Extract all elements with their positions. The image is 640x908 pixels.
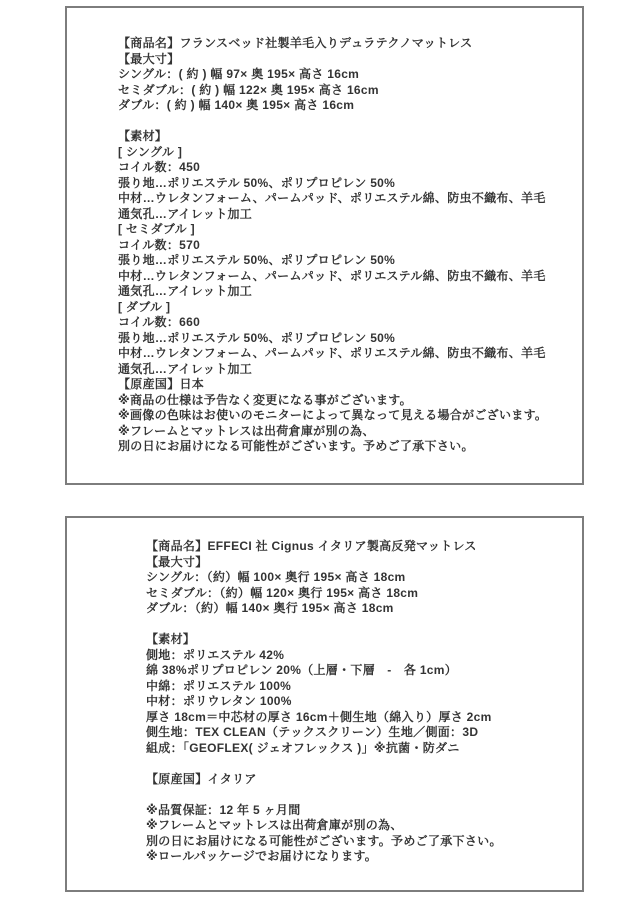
- spec-line: 通気孔…アイレット加工: [118, 362, 572, 378]
- spec-line: 中綿：ポリエステル 100%: [146, 679, 572, 695]
- spec-line: 中材…ウレタンフォーム、パームパッド、ポリエステル綿、防虫不織布、羊毛: [118, 269, 572, 285]
- spec-line: 【最大寸】: [146, 555, 572, 571]
- spec-line: コイル数：450: [118, 160, 572, 176]
- spec-line: ダブル：（約）幅 140× 奥行 195× 高さ 18cm: [146, 601, 572, 617]
- spec-line: 【商品名】フランスベッド社製羊毛入りデュラテクノマットレス: [118, 36, 572, 52]
- spec-line: 【原産国】日本: [118, 377, 572, 393]
- spec-line: シングル：( 約 ) 幅 97× 奥 195× 高さ 16cm: [118, 67, 572, 83]
- spec-line: 通気孔…アイレット加工: [118, 207, 572, 223]
- spec-line: [118, 114, 572, 130]
- spec-line: 別の日にお届けになる可能性がございます。予めご了承下さい。: [118, 439, 572, 455]
- spec-line: [146, 787, 572, 803]
- spec-line: 中材…ウレタンフォーム、パームパッド、ポリエステル綿、防虫不織布、羊毛: [118, 191, 572, 207]
- spec-line: 中材…ウレタンフォーム、パームパッド、ポリエステル綿、防虫不織布、羊毛: [118, 346, 572, 362]
- spec-line: ※フレームとマットレスは出荷倉庫が別の為、: [146, 818, 572, 834]
- spec-line: 厚さ 18cm＝中芯材の厚さ 16cm＋側生地（綿入り）厚さ 2cm: [146, 710, 572, 726]
- spec-line: [ シングル ]: [118, 145, 572, 161]
- spec-line: 【素材】: [118, 129, 572, 145]
- spec-line: [146, 756, 572, 772]
- spec-line: ※フレームとマットレスは出荷倉庫が別の為、: [118, 424, 572, 440]
- spec-text-block: 【商品名】EFFECI 社 Cignus イタリア製高反発マットレス【最大寸】シ…: [67, 518, 582, 865]
- spec-line: 通気孔…アイレット加工: [118, 284, 572, 300]
- spec-line: 綿 38%ポリプロピレン 20%（上層・下層 - 各 1cm）: [146, 663, 572, 679]
- spec-line: [146, 617, 572, 633]
- spec-line: ※ロールパッケージでお届けになります。: [146, 849, 572, 865]
- spec-line: ※品質保証：12 年 5 ヶ月間: [146, 803, 572, 819]
- spec-line: 中材：ポリウレタン 100%: [146, 694, 572, 710]
- spec-line: 【原産国】イタリア: [146, 772, 572, 788]
- spec-line: 組成：「GEOFLEX( ジェオフレックス )」※抗菌・防ダニ: [146, 741, 572, 757]
- spec-line: 【最大寸】: [118, 52, 572, 68]
- spec-line: セミダブル：（約）幅 120× 奥行 195× 高さ 18cm: [146, 586, 572, 602]
- page: { "page": { "background_color": "#ffffff…: [0, 0, 640, 908]
- spec-line: 側地：ポリエステル 42%: [146, 648, 572, 664]
- spec-line: 張り地…ポリエステル 50%、ポリプロピレン 50%: [118, 253, 572, 269]
- spec-line: 【商品名】EFFECI 社 Cignus イタリア製高反発マットレス: [146, 539, 572, 555]
- spec-line: コイル数：660: [118, 315, 572, 331]
- spec-line: 【素材】: [146, 632, 572, 648]
- spec-line: ダブル：( 約 ) 幅 140× 奥 195× 高さ 16cm: [118, 98, 572, 114]
- product-spec-card-france-bed: 【商品名】フランスベッド社製羊毛入りデュラテクノマットレス【最大寸】シングル：(…: [65, 6, 584, 485]
- product-spec-card-effeci-cignus: 【商品名】EFFECI 社 Cignus イタリア製高反発マットレス【最大寸】シ…: [65, 516, 584, 892]
- spec-line: 側生地：TEX CLEAN（テックスクリーン）生地／側面：3D: [146, 725, 572, 741]
- spec-line: 別の日にお届けになる可能性がございます。予めご了承下さい。: [146, 834, 572, 850]
- spec-line: シングル：（約）幅 100× 奥行 195× 高さ 18cm: [146, 570, 572, 586]
- spec-line: ※商品の仕様は予告なく変更になる事がございます。: [118, 393, 572, 409]
- spec-line: [ ダブル ]: [118, 300, 572, 316]
- spec-line: 張り地…ポリエステル 50%、ポリプロピレン 50%: [118, 176, 572, 192]
- spec-line: コイル数：570: [118, 238, 572, 254]
- spec-line: セミダブル：( 約 ) 幅 122× 奥 195× 高さ 16cm: [118, 83, 572, 99]
- spec-line: 張り地…ポリエステル 50%、ポリプロピレン 50%: [118, 331, 572, 347]
- spec-line: ※画像の色味はお使いのモニターによって異なって見える場合がございます。: [118, 408, 572, 424]
- spec-line: [ セミダブル ]: [118, 222, 572, 238]
- spec-text-block: 【商品名】フランスベッド社製羊毛入りデュラテクノマットレス【最大寸】シングル：(…: [67, 8, 582, 455]
